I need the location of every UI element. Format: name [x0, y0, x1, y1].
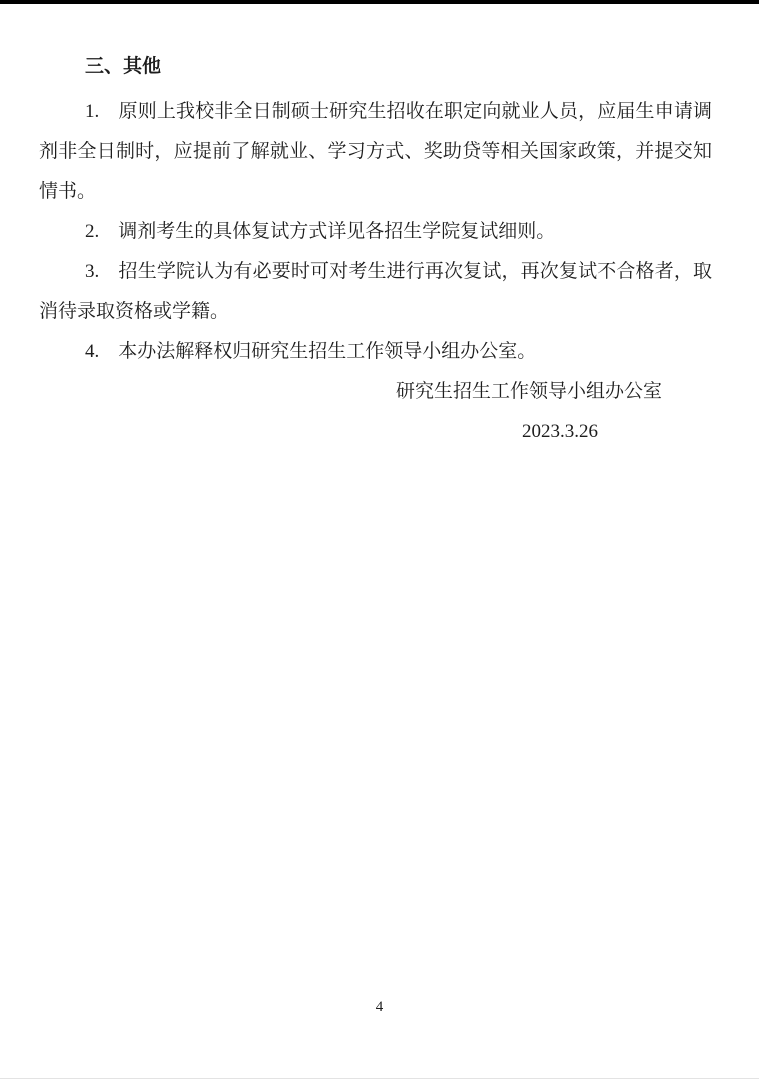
scan-edge-top-bar [0, 0, 759, 4]
paragraph-3: 3. 招生学院认为有必要时可对考生进行再次复试，再次复试不合格者，取消待录取资格… [39, 252, 712, 332]
document-content: 三、其他 1. 原则上我校非全日制硕士研究生招收在职定向就业人员，应届生申请调剂… [39, 47, 712, 452]
document-page: 三、其他 1. 原则上我校非全日制硕士研究生招收在职定向就业人员，应届生申请调剂… [0, 0, 759, 1079]
section-heading: 三、其他 [85, 47, 712, 87]
page-number: 4 [0, 998, 759, 1016]
paragraph-1: 1. 原则上我校非全日制硕士研究生招收在职定向就业人员，应届生申请调剂非全日制时… [39, 92, 712, 212]
paragraph-2: 2. 调剂考生的具体复试方式详见各招生学院复试细则。 [39, 212, 712, 252]
date-line: 2023.3.26 [39, 412, 712, 452]
signature-line: 研究生招生工作领导小组办公室 [39, 372, 712, 412]
paragraph-4: 4. 本办法解释权归研究生招生工作领导小组办公室。 [39, 332, 712, 372]
